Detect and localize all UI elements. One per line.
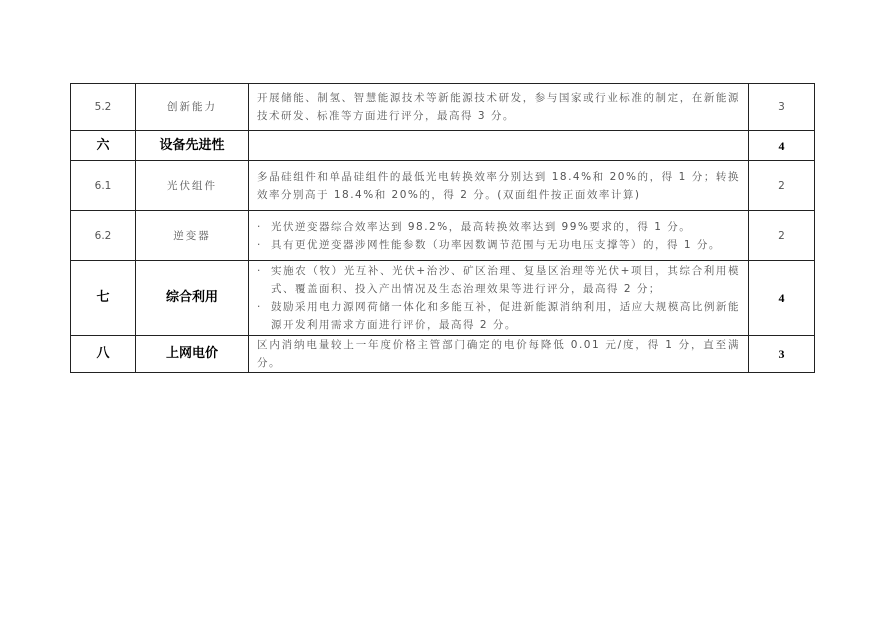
section-number: 八	[71, 336, 136, 373]
table-row: 5.2 创新能力 开展储能、制氢、智慧能源技术等新能源技术研发，参与国家或行业标…	[71, 84, 815, 131]
bullet-item: ·实施农（牧）光互补、光伏+治沙、矿区治理、复垦区治理等光伏+项目，其综合利用模…	[257, 262, 740, 298]
bullet-icon: ·	[257, 298, 271, 334]
section-name: 设备先进性	[136, 131, 249, 161]
section-score: 3	[749, 336, 815, 373]
bullet-item: ·鼓励采用电力源网荷储一体化和多能互补，促进新能源消纳利用，适应大规模高比例新能…	[257, 298, 740, 334]
bullet-item: ·具有更优逆变器涉网性能参数（功率因数调节范围与无功电压支撑等）的，得 1 分。	[257, 236, 740, 254]
item-number: 5.2	[71, 84, 136, 131]
section-number: 七	[71, 261, 136, 336]
item-number: 6.1	[71, 161, 136, 211]
bullet-icon: ·	[257, 236, 271, 254]
section-description: 区内消纳电量较上一年度价格主管部门确定的电价每降低 0.01 元/度，得 1 分…	[249, 336, 749, 373]
item-score: 3	[749, 84, 815, 131]
scoring-table: 5.2 创新能力 开展储能、制氢、智慧能源技术等新能源技术研发，参与国家或行业标…	[70, 83, 815, 373]
section-score: 4	[749, 261, 815, 336]
bullet-icon: ·	[257, 218, 271, 236]
table-row: 6.2 逆变器 ·光伏逆变器综合效率达到 98.2%，最高转换效率达到 99%要…	[71, 211, 815, 261]
section-row: 七 综合利用 ·实施农（牧）光互补、光伏+治沙、矿区治理、复垦区治理等光伏+项目…	[71, 261, 815, 336]
item-number: 6.2	[71, 211, 136, 261]
section-name: 综合利用	[136, 261, 249, 336]
section-description	[249, 131, 749, 161]
item-description: 多晶硅组件和单晶硅组件的最低光电转换效率分别达到 18.4%和 20%的，得 1…	[249, 161, 749, 211]
section-name: 上网电价	[136, 336, 249, 373]
section-score: 4	[749, 131, 815, 161]
item-name: 光伏组件	[136, 161, 249, 211]
section-description: ·实施农（牧）光互补、光伏+治沙、矿区治理、复垦区治理等光伏+项目，其综合利用模…	[249, 261, 749, 336]
item-score: 2	[749, 161, 815, 211]
item-score: 2	[749, 211, 815, 261]
table-row: 6.1 光伏组件 多晶硅组件和单晶硅组件的最低光电转换效率分别达到 18.4%和…	[71, 161, 815, 211]
item-name: 逆变器	[136, 211, 249, 261]
section-number: 六	[71, 131, 136, 161]
item-description: ·光伏逆变器综合效率达到 98.2%，最高转换效率达到 99%要求的，得 1 分…	[249, 211, 749, 261]
section-row: 六 设备先进性 4	[71, 131, 815, 161]
item-description: 开展储能、制氢、智慧能源技术等新能源技术研发，参与国家或行业标准的制定，在新能源…	[249, 84, 749, 131]
bullet-item: ·光伏逆变器综合效率达到 98.2%，最高转换效率达到 99%要求的，得 1 分…	[257, 218, 740, 236]
section-row: 八 上网电价 区内消纳电量较上一年度价格主管部门确定的电价每降低 0.01 元/…	[71, 336, 815, 373]
item-name: 创新能力	[136, 84, 249, 131]
bullet-icon: ·	[257, 262, 271, 298]
